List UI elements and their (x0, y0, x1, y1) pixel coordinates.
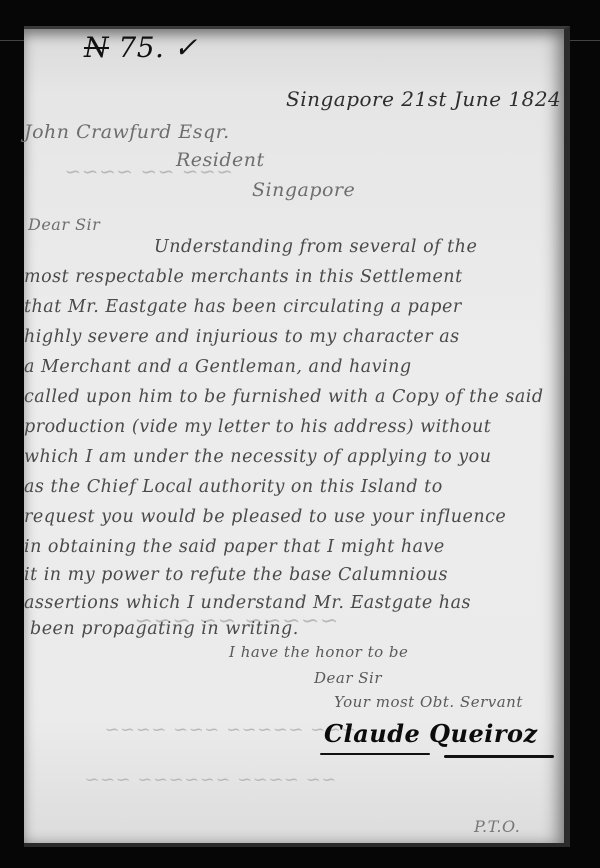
closing-line: Your most Obt. Servant (334, 693, 523, 711)
salutation: Dear Sir (28, 215, 100, 234)
letter-page: ~~~ ~~ ~~~~ ~~~~~ ~~ ~~~ ~~~ ~~~~~ ~~~ ~… (24, 26, 570, 847)
body-line: Understanding from several of the (154, 237, 477, 257)
body-line: request you would be pleased to use your… (24, 507, 506, 527)
body-line: it in my power to refute the base Calumn… (24, 565, 448, 585)
signature-underline (320, 753, 430, 755)
body-line: most respectable merchants in this Settl… (24, 267, 463, 287)
body-line: in obtaining the said paper that I might… (24, 537, 445, 557)
body-line: been propagating in writing. (30, 619, 299, 639)
body-line: called upon him to be furnished with a C… (24, 387, 544, 407)
body-line: a Merchant and a Gentleman, and having (24, 357, 412, 377)
addressee-place: Singapore (252, 179, 355, 201)
body-line: that Mr. Eastgate has been circulating a… (24, 297, 462, 317)
checkmark-icon: ✓ (174, 31, 198, 64)
reference-number: N 75. ✓ (84, 31, 198, 64)
closing-line: Dear Sir (314, 669, 382, 687)
signature: Claude Queiroz (324, 719, 538, 748)
body-line: highly severe and injurious to my charac… (24, 327, 460, 347)
dateline: Singapore 21st June 1824 (286, 87, 561, 111)
bleed-through-text: ~~ ~~~~ ~~~~~~ ~~~ (84, 769, 336, 790)
reference-number-value: 75 (118, 31, 155, 64)
signature-underline (444, 755, 554, 758)
pto-note: P.T.O. (474, 817, 520, 836)
body-line: production (vide my letter to his addres… (24, 417, 491, 437)
body-line: which I am under the necessity of applyi… (24, 447, 491, 467)
reference-struck-prefix: N (84, 31, 109, 64)
closing-line: I have the honor to be (229, 643, 408, 661)
bleed-through-text: ~~~ ~~~~~ ~~~ ~~~~ (104, 719, 356, 740)
addressee-name: John Crawfurd Esqr. (24, 121, 230, 143)
addressee-title: Resident (176, 149, 265, 171)
body-line: assertions which I understand Mr. Eastga… (24, 593, 471, 613)
body-line: as the Chief Local authority on this Isl… (24, 477, 443, 497)
